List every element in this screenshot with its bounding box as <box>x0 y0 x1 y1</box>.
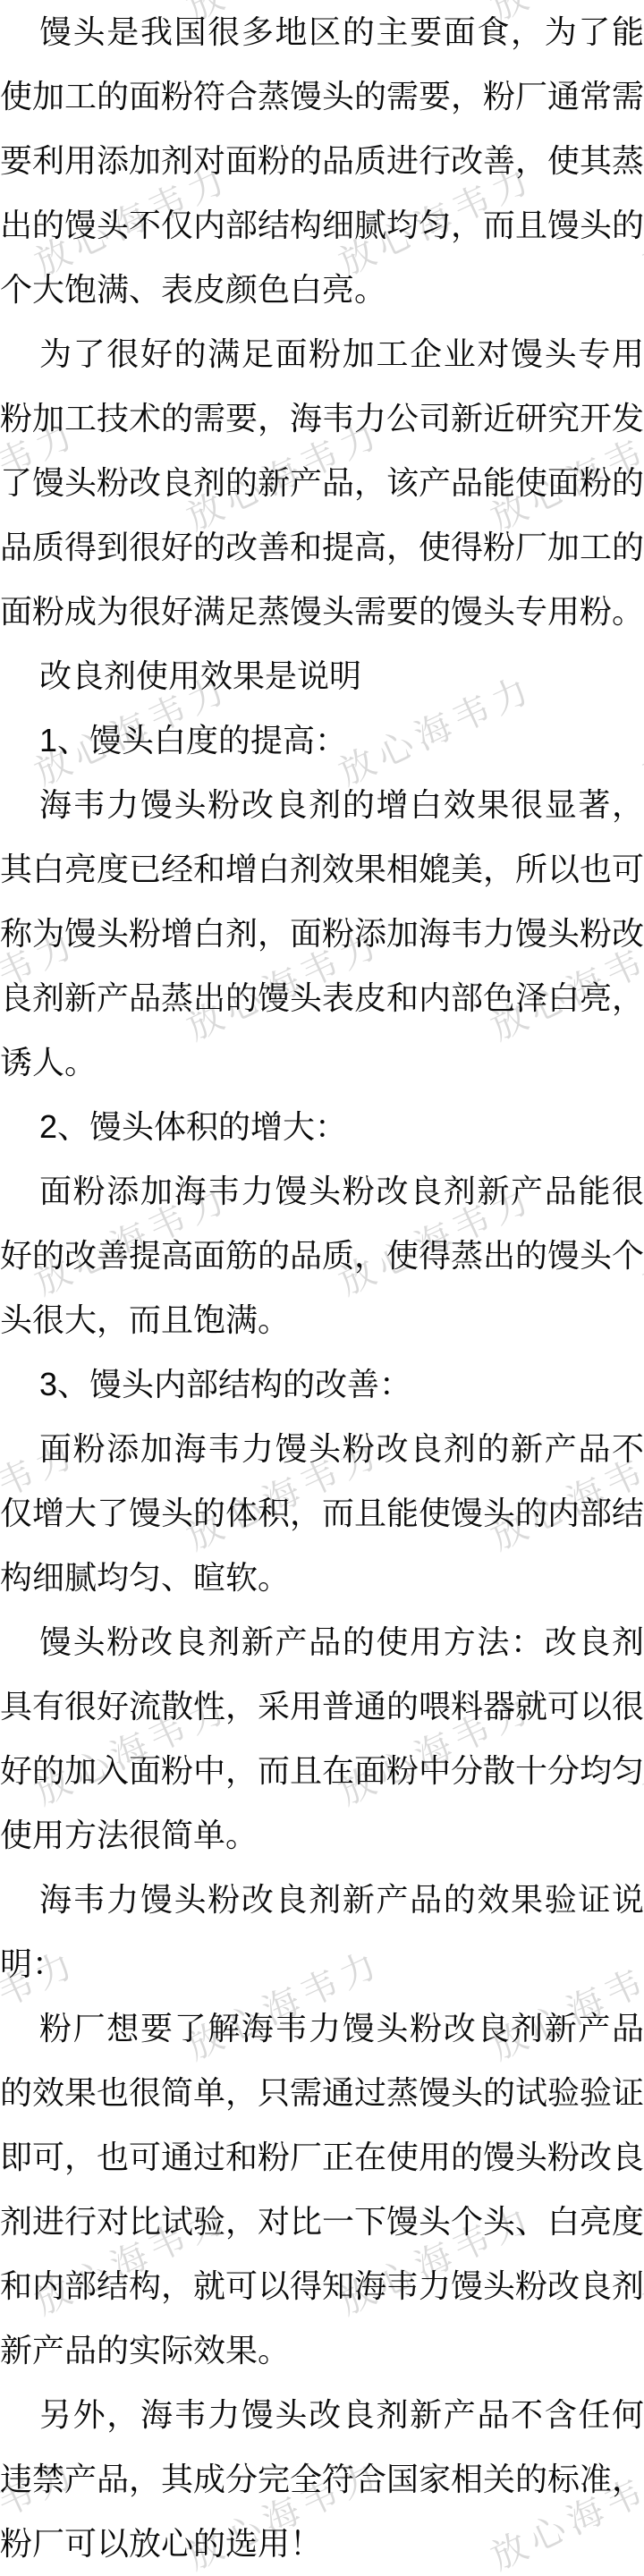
paragraph: 馒头粉改良剂新产品的使用方法：改良剂具有很好流散性，采用普通的喂料器就可以很好的… <box>0 1610 644 1868</box>
paragraph: 粉厂想要了解海韦力馒头粉改良剂新产品的效果也很简单，只需通过蒸馒头的试验验证即可… <box>0 1996 644 2383</box>
paragraph: 另外，海韦力馒头改良剂新产品不含任何违禁产品，其成分完全符合国家相关的标准，粉厂… <box>0 2383 644 2576</box>
paragraph: 面粉添加海韦力馒头粉改良剂的新产品不仅增大了馒头的体积，而且能使馒头的内部结构细… <box>0 1417 644 1610</box>
paragraph: 改良剂使用效果是说明 <box>0 644 644 708</box>
paragraph: 馒头是我国很多地区的主要面食，为了能使加工的面粉符合蒸馒头的需要，粉厂通常需要利… <box>0 0 644 322</box>
document-content: 馒头是我国很多地区的主要面食，为了能使加工的面粉符合蒸馒头的需要，粉厂通常需要利… <box>0 0 644 2576</box>
paragraph: 海韦力馒头粉改良剂新产品的效果验证说明： <box>0 1868 644 1996</box>
paragraph: 1、馒头白度的提高： <box>0 708 644 773</box>
paragraph: 面粉添加海韦力馒头粉改良剂新产品能很好的改善提高面筋的品质，使得蒸出的馒头个头很… <box>0 1159 644 1352</box>
paragraph: 海韦力馒头粉改良剂的增白效果很显著，其白亮度已经和增白剂效果相媲美，所以也可称为… <box>0 773 644 1095</box>
paragraph: 为了很好的满足面粉加工企业对馒头专用粉加工技术的需要，海韦力公司新近研究开发了馒… <box>0 322 644 644</box>
document-page: 放心海韦力放心海韦力放心海韦力放心海韦力放心海韦力放心海韦力放心海韦力放心海韦力… <box>0 0 644 2576</box>
paragraph: 2、馒头体积的增大： <box>0 1095 644 1159</box>
paragraph: 3、馒头内部结构的改善： <box>0 1352 644 1417</box>
